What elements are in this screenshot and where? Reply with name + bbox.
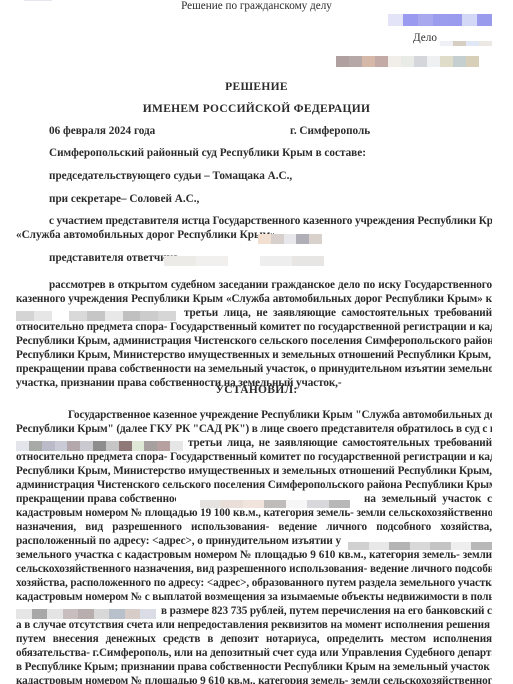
established-line-8: кадастровым номером № площадью 19 100 кв… [16, 507, 492, 520]
established-line-4: относительно предмета спора- Государстве… [16, 451, 492, 464]
redaction-pixel [63, 609, 79, 619]
redacted-case-top [388, 13, 492, 25]
court-decision-document: Решение по гражданскому делу Дело РЕШЕНИ… [0, 0, 513, 684]
participation-text: «Служба автомобильных дорог Республики К… [16, 229, 280, 241]
redacted-owner-name-2 [348, 537, 492, 545]
established-line-7: прекращении права собственности [16, 493, 176, 506]
redaction-pixel [336, 56, 349, 67]
established-heading: УСТАНОВИЛ: [0, 384, 513, 397]
redaction-pixel [32, 609, 48, 619]
redaction-pixel [260, 256, 292, 266]
redaction-pixel [440, 56, 453, 67]
redaction-pixel [228, 256, 260, 266]
redaction-pixel [466, 41, 479, 46]
redaction-pixel [29, 441, 42, 451]
established-line-11: земельного участка с кадастровым номером… [16, 549, 492, 562]
established-line-14: кадастровым номером № с выплатой возмеще… [16, 591, 492, 604]
redaction-pixel [418, 14, 433, 26]
established-line-1: Государственное казенное учреждение Респ… [68, 409, 492, 422]
decision-title: РЕШЕНИЕ [0, 81, 513, 94]
redaction-pixel [52, 311, 70, 321]
redaction-pixel [388, 14, 403, 26]
decision-city: г. Симферополь [290, 125, 370, 138]
redaction-pixel [87, 311, 105, 321]
considered-line-7: прекращении права собственности на земел… [16, 363, 492, 376]
redaction-pixel [453, 56, 466, 67]
redaction-pixel [479, 41, 492, 46]
established-line-9: назначения, вид разрешенного использован… [16, 521, 492, 534]
redaction-pixel [466, 56, 479, 67]
redaction-pixel [477, 14, 492, 26]
established-line-12: сельскохозяйственного назначения, вид ра… [16, 563, 492, 576]
redaction-pixel [69, 311, 87, 321]
redaction-pixel [296, 234, 309, 244]
redaction-pixel [427, 56, 440, 67]
established-line-20: кадастровым номером № площадью 9 610 кв.… [16, 675, 492, 684]
redacted-case-number [440, 33, 492, 38]
redacted-defendant-representative [164, 253, 324, 263]
decision-subtitle: ИМЕНЕМ РОССИЙСКОЙ ФЕДЕРАЦИИ [0, 103, 513, 116]
header-title: Решение по гражданскому делу [0, 0, 513, 13]
established-line-18: обязательства- г.Симферополь, или на деп… [16, 647, 492, 660]
redaction-pixel [125, 609, 141, 619]
redaction-pixel [284, 234, 297, 244]
redacted-plaintiff-representative [258, 231, 322, 241]
redacted-defendant-name [16, 308, 176, 318]
redaction-pixel [78, 609, 94, 619]
redaction-pixel [164, 256, 196, 266]
redaction-pixel [309, 234, 322, 244]
established-line-3: третьи лица, не заявляющие самостоятельн… [188, 437, 492, 450]
redaction-pixel [258, 234, 271, 244]
redaction-pixel [144, 441, 157, 451]
redaction-pixel [401, 56, 414, 67]
redaction-pixel [140, 609, 156, 619]
redaction-pixel [462, 14, 477, 26]
established-line-16: а в случае отсутствия счета или непредос… [16, 619, 492, 632]
redaction-pixel [16, 609, 32, 619]
established-line-15: в размере 823 735 рублей, путем перечисл… [161, 605, 492, 618]
redaction-pixel [157, 441, 170, 451]
presiding-judge: председательствующего судьи – Томащака А… [49, 170, 292, 183]
redaction-pixel [447, 14, 462, 26]
participation-line-2: «Служба автомобильных дорог Республики К… [16, 229, 280, 242]
established-line-10: расположенный по адресу: <адрес>, о прин… [16, 535, 341, 548]
redaction-pixel [16, 311, 34, 321]
established-line-6: администрация Чистенского сельского посе… [16, 479, 492, 492]
considered-line-1: рассмотрев в открытом судебном заседании… [49, 279, 492, 292]
redaction-pixel [132, 441, 145, 451]
case-label: Дело [413, 32, 437, 45]
redaction-pixel [453, 41, 466, 46]
redaction-pixel [42, 441, 55, 451]
redaction-pixel [403, 14, 418, 26]
established-line-7b: на земельный участок с [364, 493, 492, 506]
considered-line-4: относительно предмета спора- Государстве… [16, 321, 492, 334]
redaction-pixel [362, 56, 375, 67]
redaction-pixel [106, 441, 119, 451]
redaction-pixel [140, 311, 158, 321]
established-line-2: Республики Крым" (далее ГКУ РК "САД РК")… [16, 423, 492, 436]
considered-line-6: Республики Крым, Министерство имуществен… [16, 349, 492, 362]
redaction-pixel [93, 441, 106, 451]
redaction-pixel [55, 441, 68, 451]
redacted-case-code [336, 54, 479, 65]
redaction-pixel [119, 441, 132, 451]
redaction-pixel [67, 441, 80, 451]
redaction-pixel [158, 311, 176, 321]
redaction-pixel [375, 56, 388, 67]
redaction-pixel [109, 609, 125, 619]
redaction-pixel [16, 441, 29, 451]
redacted-payee-name [16, 606, 156, 616]
court-secretary: при секретаре– Соловей А.С., [49, 193, 199, 206]
redaction-pixel [292, 256, 324, 266]
redaction-pixel [196, 256, 228, 266]
decision-date: 06 февраля 2024 года [49, 125, 155, 138]
redaction-pixel [433, 14, 448, 26]
redaction-pixel [349, 56, 362, 67]
court-composition: Симферопольский районный суд Республики … [49, 147, 366, 160]
redaction-pixel [47, 609, 63, 619]
redaction-pixel [123, 311, 141, 321]
established-line-5: Республики Крым, Министерство имуществен… [16, 465, 492, 478]
redaction-pixel [34, 311, 52, 321]
considered-line-5: Республики Крым, администрация Чистенско… [16, 335, 492, 348]
redaction-pixel [80, 441, 93, 451]
established-line-19: в Республике Крым; признании права собст… [16, 661, 492, 674]
participation-line-1: с участием представителя истца Государст… [49, 215, 492, 228]
redaction-pixel [105, 311, 123, 321]
redacted-defendant-name-2 [16, 438, 183, 448]
redaction-pixel [170, 441, 183, 451]
redacted-owner-name [200, 495, 350, 503]
considered-line-2: казенного учреждения Республики Крым «Сл… [16, 293, 492, 306]
established-line-13: хозяйства, расположенного по адресу: <ад… [16, 577, 492, 590]
redaction-pixel [388, 56, 401, 67]
established-line-17: путем внесения денежных средств в депози… [16, 633, 492, 646]
redaction-pixel [414, 56, 427, 67]
redaction-pixel [440, 41, 453, 46]
redaction-pixel [94, 609, 110, 619]
defendant-representative: представителя ответчика [49, 252, 178, 265]
considered-line-3: третьи лица, не заявляющие самостоятельн… [184, 307, 492, 320]
redaction-pixel [271, 234, 284, 244]
